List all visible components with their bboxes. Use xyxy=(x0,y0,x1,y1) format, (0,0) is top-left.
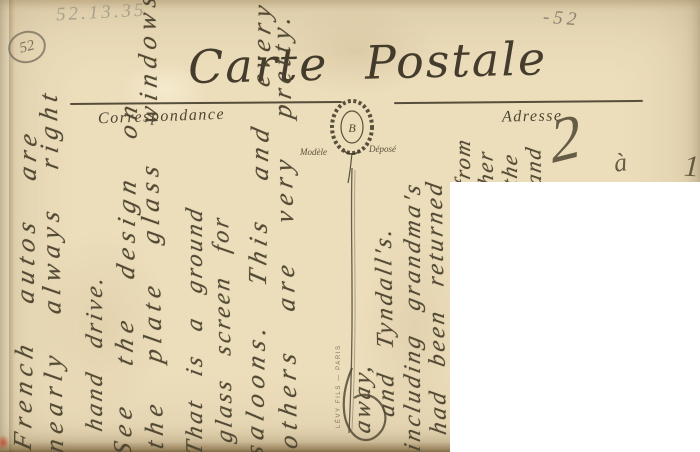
handwriting-line: glass screen for xyxy=(208,213,238,445)
blank-cover-region xyxy=(450,182,700,452)
handwriting-line: That is a ground xyxy=(182,204,208,452)
handwriting-line: and Tyndall's. xyxy=(371,224,400,419)
handwriting-line: hand drive. xyxy=(82,272,108,434)
handwriting-line: away, xyxy=(350,360,376,436)
handwriting-line: nearly always right xyxy=(36,86,68,452)
handwriting-line: had been returned xyxy=(422,178,453,437)
handwriting-stroke: 1 xyxy=(683,150,700,185)
postcard-back-scan: Carte Postale Correspondance Adresse B M… xyxy=(0,0,700,452)
